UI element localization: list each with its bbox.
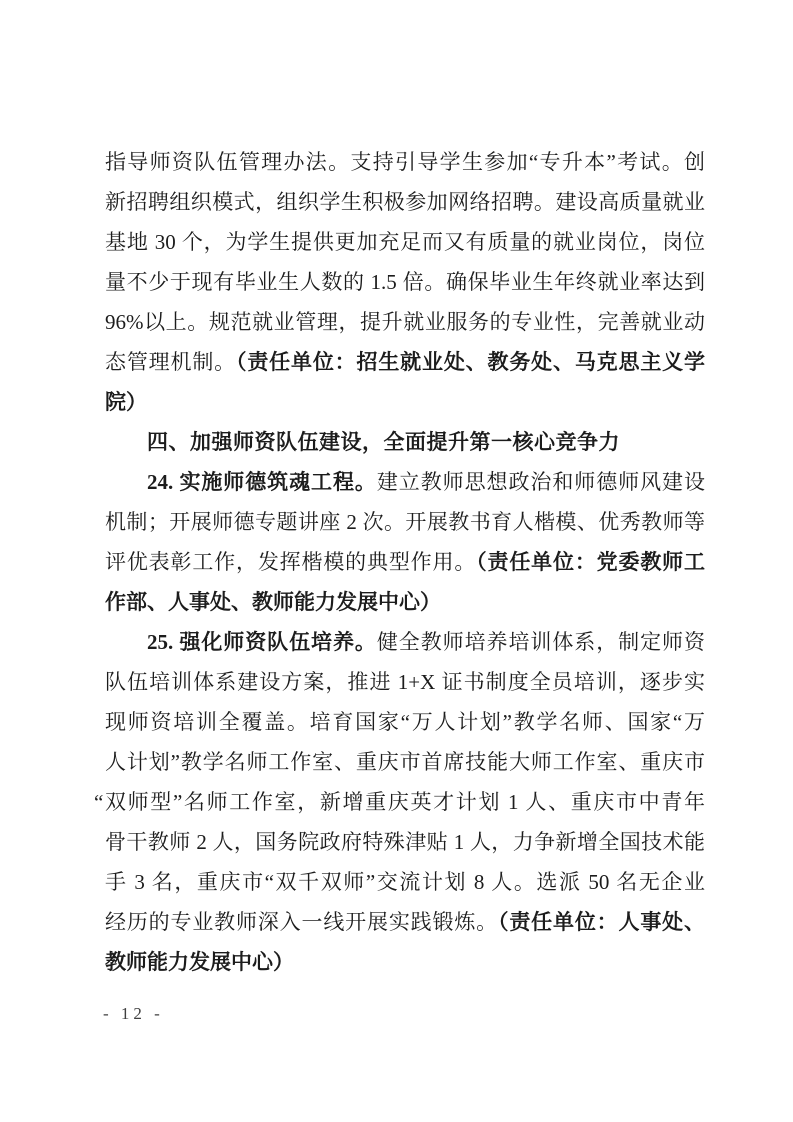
bold-text-run: 四、加强师资队伍建设，全面提升第一核心竞争力: [147, 431, 620, 454]
bold-text-run: （责任单位：党委教师工: [476, 550, 705, 574]
text-run: 现师资培训全覆盖。培育国家“万人计划”教学名师、国家“万: [105, 710, 705, 734]
text-run: 机制；开展师德专题讲座 2 次。开展教书育人楷模、优秀教师等: [105, 510, 705, 534]
document-body: 指导师资队伍管理办法。支持引导学生参加“专升本”考试。创新招聘组织模式，组织学生…: [105, 142, 705, 982]
text-run: 手 3 名，重庆市“双千双师”交流计划 8 人。选派 50 名无企业: [105, 870, 705, 894]
text-line: 现师资培训全覆盖。培育国家“万人计划”教学名师、国家“万: [105, 702, 705, 742]
text-run: 骨干教师 2 人，国务院政府特殊津贴 1 人，力争新增全国技术能: [105, 830, 705, 854]
text-run: 评优表彰工作，发挥楷模的典型作用。: [105, 550, 476, 574]
bold-text-run: 24. 实施师德筑魂工程。: [147, 470, 377, 494]
text-run: 队伍培训体系建设方案，推进 1+X 证书制度全员培训，逐步实: [105, 670, 705, 694]
text-line: 新招聘组织模式，组织学生积极参加网络招聘。建设高质量就业: [105, 182, 705, 222]
text-run: 人计划”教学名师工作室、重庆市首席技能大师工作室、重庆市: [105, 750, 705, 774]
text-run: 态管理机制。: [105, 350, 236, 374]
text-line: 院）: [105, 382, 705, 422]
bold-text-run: （责任单位：招生就业处、教务处、马克思主义学: [236, 350, 705, 374]
text-line: “双师型”名师工作室，新增重庆英才计划 1 人、重庆市中青年: [94, 782, 705, 822]
text-line: 经历的专业教师深入一线开展实践锻炼。（责任单位：人事处、: [105, 902, 705, 942]
text-line: 25. 强化师资队伍培养。健全教师培养培训体系，制定师资: [105, 622, 705, 662]
bold-text-run: 教师能力发展中心）: [105, 950, 294, 974]
text-line: 手 3 名，重庆市“双千双师”交流计划 8 人。选派 50 名无企业: [105, 862, 705, 902]
text-line: 评优表彰工作，发挥楷模的典型作用。（责任单位：党委教师工: [105, 542, 705, 582]
text-line: 基地 30 个，为学生提供更加充足而又有质量的就业岗位，岗位: [105, 222, 705, 262]
text-line: 指导师资队伍管理办法。支持引导学生参加“专升本”考试。创: [105, 142, 705, 182]
text-line: 态管理机制。（责任单位：招生就业处、教务处、马克思主义学: [105, 342, 705, 382]
text-line: 96%以上。规范就业管理，提升就业服务的专业性，完善就业动: [105, 302, 705, 342]
text-line: 作部、人事处、教师能力发展中心）: [105, 582, 705, 622]
page-footer: - 12 -: [103, 1003, 164, 1025]
section-heading-line: 四、加强师资队伍建设，全面提升第一核心竞争力: [105, 422, 705, 462]
text-line: 人计划”教学名师工作室、重庆市首席技能大师工作室、重庆市: [105, 742, 705, 782]
text-line: 量不少于现有毕业生人数的 1.5 倍。确保毕业生年终就业率达到: [105, 262, 705, 302]
text-run: 经历的专业教师深入一线开展实践锻炼。: [105, 910, 498, 934]
text-line: 队伍培训体系建设方案，推进 1+X 证书制度全员培训，逐步实: [105, 662, 705, 702]
text-line: 骨干教师 2 人，国务院政府特殊津贴 1 人，力争新增全国技术能: [105, 822, 705, 862]
text-run: 指导师资队伍管理办法。支持引导学生参加“专升本”考试。创: [105, 150, 705, 174]
text-run: 建立教师思想政治和师德师风建设: [377, 470, 705, 494]
bold-text-run: （责任单位：人事处、: [498, 910, 705, 934]
bold-text-run: 院）: [105, 390, 147, 414]
text-line: 机制；开展师德专题讲座 2 次。开展教书育人楷模、优秀教师等: [105, 502, 705, 542]
text-run: 量不少于现有毕业生人数的 1.5 倍。确保毕业生年终就业率达到: [105, 270, 705, 294]
text-line: 教师能力发展中心）: [105, 942, 705, 982]
text-line: 24. 实施师德筑魂工程。建立教师思想政治和师德师风建设: [105, 462, 705, 502]
document-page: 指导师资队伍管理办法。支持引导学生参加“专升本”考试。创新招聘组织模式，组织学生…: [0, 0, 793, 1122]
text-run: 新招聘组织模式，组织学生积极参加网络招聘。建设高质量就业: [105, 190, 705, 214]
bold-text-run: 作部、人事处、教师能力发展中心）: [105, 590, 441, 614]
text-run: 96%以上。规范就业管理，提升就业服务的专业性，完善就业动: [105, 310, 705, 334]
page-number: - 12 -: [103, 1004, 164, 1023]
text-run: 健全教师培养培训体系，制定师资: [377, 630, 705, 654]
text-run: 基地 30 个，为学生提供更加充足而又有质量的就业岗位，岗位: [105, 230, 705, 254]
bold-text-run: 25. 强化师资队伍培养。: [147, 630, 377, 654]
text-run: “双师型”名师工作室，新增重庆英才计划 1 人、重庆市中青年: [94, 790, 705, 814]
